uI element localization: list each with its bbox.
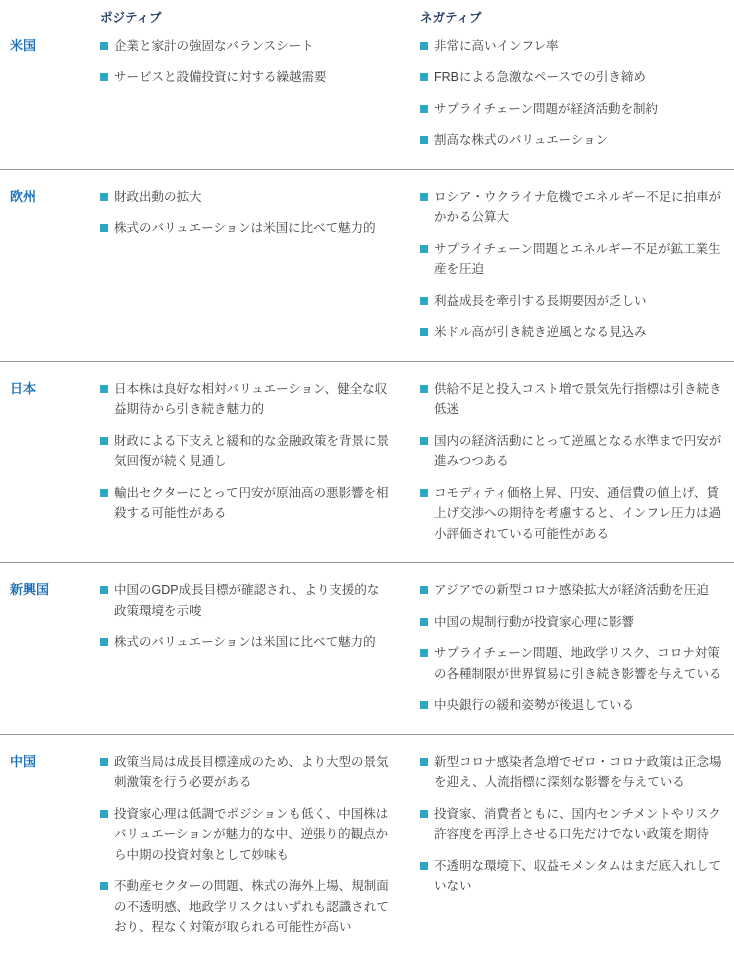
bullet-square-icon bbox=[100, 437, 108, 445]
bullet-item: 供給不足と投入コスト増で景気先行指標は引き続き低迷 bbox=[420, 379, 730, 420]
table-row: 新興国中国のGDP成長目標が確認され、より支援的な政策環境を示唆株式のバリュエー… bbox=[0, 562, 734, 734]
bullet-square-icon bbox=[420, 136, 428, 144]
bullet-square-icon bbox=[420, 810, 428, 818]
bullet-text: 米ドル高が引き続き逆風となる見込み bbox=[434, 322, 730, 343]
bullet-square-icon bbox=[100, 193, 108, 201]
bullet-item: アジアでの新型コロナ感染拡大が経済活動を圧迫 bbox=[420, 580, 730, 601]
bullet-square-icon bbox=[420, 489, 428, 497]
negative-list: 供給不足と投入コスト増で景気先行指標は引き続き低迷国内の経済活動にとって逆風とな… bbox=[420, 379, 734, 556]
bullet-text: コモディティ価格上昇、円安、通信費の値上げ、賃上げ交渉への期待を考慮すると、イン… bbox=[434, 483, 730, 545]
bullet-text: 非常に高いインフレ率 bbox=[434, 36, 730, 57]
bullet-square-icon bbox=[100, 882, 108, 890]
bullet-square-icon bbox=[420, 385, 428, 393]
bullet-square-icon bbox=[420, 42, 428, 50]
bullet-square-icon bbox=[420, 437, 428, 445]
bullet-item: 日本株は良好な相対バリュエーション、健全な収益期待から引き続き魅力的 bbox=[100, 379, 390, 420]
bullet-text: 利益成長を牽引する長期要因が乏しい bbox=[434, 291, 730, 312]
bullet-text: FRBによる急激なペースでの引き締め bbox=[434, 67, 730, 88]
table-row: 欧州財政出動の拡大株式のバリュエーションは米国に比べて魅力的ロシア・ウクライナ危… bbox=[0, 169, 734, 361]
bullet-item: 政策当局は成長目標達成のため、より大型の景気刺激策を行う必要がある bbox=[100, 752, 390, 793]
bullet-text: 不動産セクターの問題、株式の海外上場、規制面の不透明感、地政学リスクはいずれも認… bbox=[114, 876, 390, 938]
bullet-square-icon bbox=[100, 224, 108, 232]
bullet-text: サプライチェーン問題、地政学リスク、コロナ対策の各種制限が世界貿易に引き続き影響… bbox=[434, 643, 730, 684]
bullet-square-icon bbox=[100, 638, 108, 646]
bullet-text: 政策当局は成長目標達成のため、より大型の景気刺激策を行う必要がある bbox=[114, 752, 390, 793]
negative-list: アジアでの新型コロナ感染拡大が経済活動を圧迫中国の規制行動が投資家心理に影響サプ… bbox=[420, 580, 734, 727]
positive-list: 中国のGDP成長目標が確認され、より支援的な政策環境を示唆株式のバリュエーション… bbox=[100, 580, 420, 727]
bullet-text: 供給不足と投入コスト増で景気先行指標は引き続き低迷 bbox=[434, 379, 730, 420]
bullet-item: 中国のGDP成長目標が確認され、より支援的な政策環境を示唆 bbox=[100, 580, 390, 621]
bullet-square-icon bbox=[100, 489, 108, 497]
bullet-text: 株式のバリュエーションは米国に比べて魅力的 bbox=[114, 218, 390, 239]
bullet-square-icon bbox=[420, 193, 428, 201]
bullet-item: 新型コロナ感染者急増でゼロ・コロナ政策は正念場を迎え、人流指標に深刻な影響を与え… bbox=[420, 752, 730, 793]
bullet-text: アジアでの新型コロナ感染拡大が経済活動を圧迫 bbox=[434, 580, 730, 601]
table-body: 米国企業と家計の強固なバランスシートサービスと設備投資に対する繰越需要非常に高い… bbox=[0, 34, 734, 956]
bullet-text: 株式のバリュエーションは米国に比べて魅力的 bbox=[114, 632, 390, 653]
bullet-text: サプライチェーン問題とエネルギー不足が鉱工業生産を圧迫 bbox=[434, 239, 730, 280]
bullet-text: 中央銀行の緩和姿勢が後退している bbox=[434, 695, 730, 716]
bullet-text: 不透明な環境下、収益モメンタムはまだ底入れしていない bbox=[434, 856, 730, 897]
region-label: 日本 bbox=[0, 379, 100, 556]
table-row: 米国企業と家計の強固なバランスシートサービスと設備投資に対する繰越需要非常に高い… bbox=[0, 34, 734, 169]
bullet-square-icon bbox=[420, 328, 428, 336]
positive-list: 企業と家計の強固なバランスシートサービスと設備投資に対する繰越需要 bbox=[100, 36, 420, 162]
bullet-text: 中国の規制行動が投資家心理に影響 bbox=[434, 612, 730, 633]
region-label: 米国 bbox=[0, 36, 100, 162]
bullet-text: 国内の経済活動にとって逆風となる水準まで円安が進みつつある bbox=[434, 431, 730, 472]
bullet-text: 企業と家計の強固なバランスシート bbox=[114, 36, 390, 57]
bullet-item: 中国の規制行動が投資家心理に影響 bbox=[420, 612, 730, 633]
bullet-square-icon bbox=[100, 385, 108, 393]
bullet-item: サプライチェーン問題、地政学リスク、コロナ対策の各種制限が世界貿易に引き続き影響… bbox=[420, 643, 730, 684]
bullet-item: 不動産セクターの問題、株式の海外上場、規制面の不透明感、地政学リスクはいずれも認… bbox=[100, 876, 390, 938]
bullet-text: 財政による下支えと緩和的な金融政策を背景に景気回復が続く見通し bbox=[114, 431, 390, 472]
bullet-item: 財政による下支えと緩和的な金融政策を背景に景気回復が続く見通し bbox=[100, 431, 390, 472]
bullet-square-icon bbox=[100, 73, 108, 81]
bullet-square-icon bbox=[420, 586, 428, 594]
negative-list: ロシア・ウクライナ危機でエネルギー不足に拍車がかかる公算大サプライチェーン問題と… bbox=[420, 187, 734, 354]
region-label: 中国 bbox=[0, 752, 100, 949]
bullet-square-icon bbox=[420, 245, 428, 253]
bullet-square-icon bbox=[420, 862, 428, 870]
bullet-item: サプライチェーン問題とエネルギー不足が鉱工業生産を圧迫 bbox=[420, 239, 730, 280]
bullet-item: 株式のバリュエーションは米国に比べて魅力的 bbox=[100, 632, 390, 653]
bullet-square-icon bbox=[420, 105, 428, 113]
column-header-positive: ポジティブ bbox=[100, 10, 420, 28]
region-header-spacer bbox=[0, 10, 100, 28]
bullet-text: サプライチェーン問題が経済活動を制約 bbox=[434, 99, 730, 120]
table-header-row: ポジティブ ネガティブ bbox=[0, 8, 734, 34]
bullet-text: 輸出セクターにとって円安が原油高の悪影響を相殺する可能性がある bbox=[114, 483, 390, 524]
bullet-item: 輸出セクターにとって円安が原油高の悪影響を相殺する可能性がある bbox=[100, 483, 390, 524]
bullet-item: 株式のバリュエーションは米国に比べて魅力的 bbox=[100, 218, 390, 239]
bullet-square-icon bbox=[100, 42, 108, 50]
bullet-square-icon bbox=[420, 649, 428, 657]
bullet-square-icon bbox=[100, 758, 108, 766]
column-header-negative: ネガティブ bbox=[420, 10, 734, 28]
bullet-item: コモディティ価格上昇、円安、通信費の値上げ、賃上げ交渉への期待を考慮すると、イン… bbox=[420, 483, 730, 545]
bullet-text: ロシア・ウクライナ危機でエネルギー不足に拍車がかかる公算大 bbox=[434, 187, 730, 228]
table-row: 日本日本株は良好な相対バリュエーション、健全な収益期待から引き続き魅力的財政によ… bbox=[0, 361, 734, 563]
bullet-item: 米ドル高が引き続き逆風となる見込み bbox=[420, 322, 730, 343]
table-row: 中国政策当局は成長目標達成のため、より大型の景気刺激策を行う必要がある投資家心理… bbox=[0, 734, 734, 956]
bullet-item: 企業と家計の強固なバランスシート bbox=[100, 36, 390, 57]
bullet-item: 不透明な環境下、収益モメンタムはまだ底入れしていない bbox=[420, 856, 730, 897]
bullet-item: 利益成長を牽引する長期要因が乏しい bbox=[420, 291, 730, 312]
bullet-text: 財政出動の拡大 bbox=[114, 187, 390, 208]
bullet-item: ロシア・ウクライナ危機でエネルギー不足に拍車がかかる公算大 bbox=[420, 187, 730, 228]
region-label: 新興国 bbox=[0, 580, 100, 727]
bullet-text: 割高な株式のバリュエーション bbox=[434, 130, 730, 151]
bullet-item: サプライチェーン問題が経済活動を制約 bbox=[420, 99, 730, 120]
bullet-square-icon bbox=[420, 758, 428, 766]
positive-list: 財政出動の拡大株式のバリュエーションは米国に比べて魅力的 bbox=[100, 187, 420, 354]
bullet-square-icon bbox=[100, 586, 108, 594]
bullet-square-icon bbox=[420, 297, 428, 305]
bullet-item: 投資家、消費者ともに、国内センチメントやリスク許容度を再浮上させる口先だけでない… bbox=[420, 804, 730, 845]
bullet-square-icon bbox=[420, 618, 428, 626]
bullet-square-icon bbox=[100, 810, 108, 818]
bullet-item: 割高な株式のバリュエーション bbox=[420, 130, 730, 151]
bullet-item: サービスと設備投資に対する繰越需要 bbox=[100, 67, 390, 88]
bullet-item: 国内の経済活動にとって逆風となる水準まで円安が進みつつある bbox=[420, 431, 730, 472]
positive-list: 日本株は良好な相対バリュエーション、健全な収益期待から引き続き魅力的財政による下… bbox=[100, 379, 420, 556]
positive-list: 政策当局は成長目標達成のため、より大型の景気刺激策を行う必要がある投資家心理は低… bbox=[100, 752, 420, 949]
negative-list: 新型コロナ感染者急増でゼロ・コロナ政策は正念場を迎え、人流指標に深刻な影響を与え… bbox=[420, 752, 734, 949]
bullet-square-icon bbox=[420, 701, 428, 709]
bullet-item: 非常に高いインフレ率 bbox=[420, 36, 730, 57]
bullet-text: 投資家心理は低調でポジションも低く、中国株はバリュエーションが魅力的な中、逆張り… bbox=[114, 804, 390, 866]
bullet-text: 中国のGDP成長目標が確認され、より支援的な政策環境を示唆 bbox=[114, 580, 390, 621]
bullet-item: 投資家心理は低調でポジションも低く、中国株はバリュエーションが魅力的な中、逆張り… bbox=[100, 804, 390, 866]
bullet-text: サービスと設備投資に対する繰越需要 bbox=[114, 67, 390, 88]
bullet-text: 投資家、消費者ともに、国内センチメントやリスク許容度を再浮上させる口先だけでない… bbox=[434, 804, 730, 845]
bullet-item: 中央銀行の緩和姿勢が後退している bbox=[420, 695, 730, 716]
bullet-square-icon bbox=[420, 73, 428, 81]
outlook-table: ポジティブ ネガティブ 米国企業と家計の強固なバランスシートサービスと設備投資に… bbox=[0, 0, 734, 956]
bullet-item: FRBによる急激なペースでの引き締め bbox=[420, 67, 730, 88]
bullet-text: 日本株は良好な相対バリュエーション、健全な収益期待から引き続き魅力的 bbox=[114, 379, 390, 420]
bullet-text: 新型コロナ感染者急増でゼロ・コロナ政策は正念場を迎え、人流指標に深刻な影響を与え… bbox=[434, 752, 730, 793]
bullet-item: 財政出動の拡大 bbox=[100, 187, 390, 208]
region-label: 欧州 bbox=[0, 187, 100, 354]
negative-list: 非常に高いインフレ率FRBによる急激なペースでの引き締めサプライチェーン問題が経… bbox=[420, 36, 734, 162]
